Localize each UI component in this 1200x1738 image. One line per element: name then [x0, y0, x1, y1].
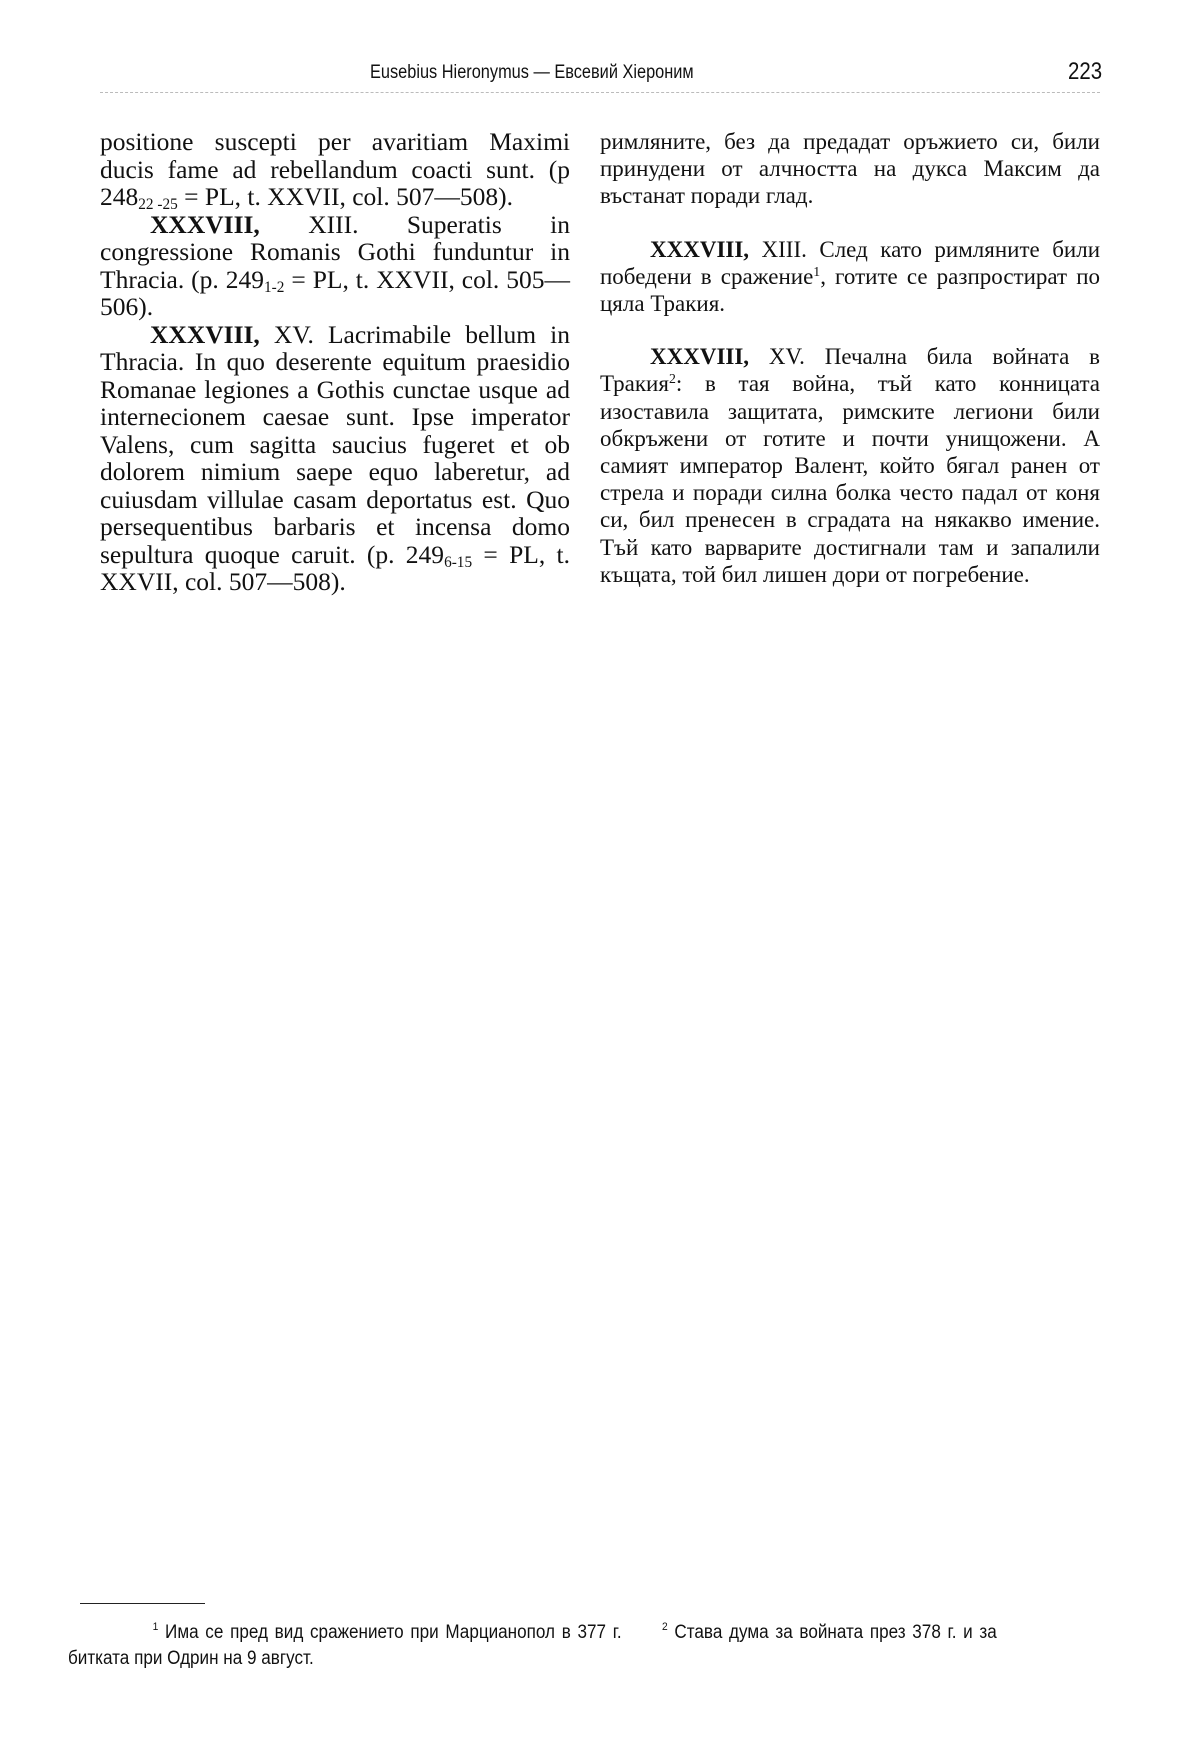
- section-number: XXXVIII,: [650, 237, 749, 262]
- latin-paragraph-2: XXXVIII, XIII. Superatis in congressione…: [100, 211, 570, 321]
- section-number: XXXVIII,: [150, 320, 260, 349]
- latin-paragraph-3: XXXVIII, XV. Lacrimabile bellum in Thrac…: [100, 321, 570, 596]
- page-number: 223: [1068, 58, 1102, 86]
- footnote-text: Има се пред вид сражението при Марцианоп…: [158, 1622, 621, 1643]
- line-range-subscript: 6-15: [444, 554, 472, 571]
- line-range-subscript: 1-2: [264, 279, 284, 296]
- header-rule: [100, 92, 1100, 94]
- paragraph-text: = PL, t. XXVII, col. 507—508).: [178, 182, 513, 211]
- footnote-ref-2[interactable]: 2: [669, 371, 676, 386]
- latin-column: positione suscepti per avaritiam Maximi …: [100, 128, 570, 596]
- section-number: XXXVIII,: [150, 210, 260, 239]
- latin-paragraph-1: positione suscepti per avaritiam Maximi …: [100, 128, 570, 211]
- paragraph-text: : в тая война, тъй като конницата изоста…: [600, 371, 1100, 586]
- running-title: Eusebius Hieronymus — Евсевий Хieроним: [370, 62, 998, 84]
- paragraph-text: XV. Lacrimabile bellum in Thracia. In qu…: [100, 320, 570, 569]
- footnotes: 1 Има се пред вид сражението при Марциан…: [68, 1620, 997, 1672]
- footnote-rule: [80, 1603, 205, 1604]
- footnote-1: 1 Има се пред вид сражението при Марциан…: [68, 1622, 622, 1643]
- bulgarian-paragraph-2: XXXVIII, XIII. След като римляните били …: [600, 236, 1100, 318]
- bulgarian-column: римляните, без да предадат оръжието си, …: [600, 128, 1100, 588]
- section-number: XXXVIII,: [650, 344, 749, 369]
- bulgarian-paragraph-1: римляните, без да предадат оръжието си, …: [600, 128, 1100, 210]
- bulgarian-paragraph-3: XXXVIII, XV. Печална била войната в Трак…: [600, 343, 1100, 588]
